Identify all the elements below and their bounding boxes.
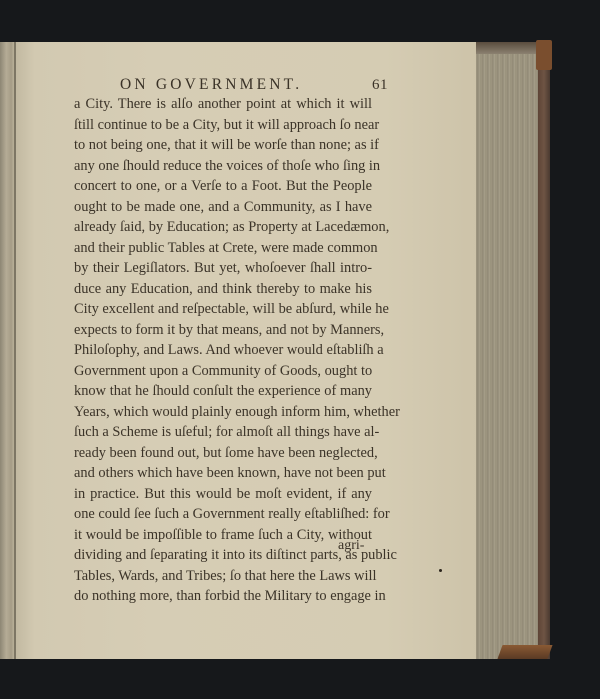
text-line: ready been found out, but ſome have been… (74, 443, 372, 464)
text-line: City excellent and reſpectable, will be … (74, 299, 372, 320)
text-line: duce any Education, and think thereby to… (74, 279, 372, 300)
text-line: ought to be made one, and a Community, a… (74, 197, 372, 218)
text-line: concert to one, or a Verſe to a Foot. Bu… (74, 176, 372, 197)
text-line: and others which have been known, have n… (74, 463, 372, 484)
book-cover-strip (538, 42, 550, 659)
text-line: any one ſhould reduce the voices of thoſ… (74, 156, 372, 177)
text-line: by their Legiſlators. But yet, whoſoever… (74, 258, 372, 279)
cover-corner-bottom (497, 645, 552, 659)
text-line: ſtill continue to be a City, but it will… (74, 115, 372, 136)
running-header: ON GOVERNMENT. 61 (120, 76, 380, 94)
page-fore-edge (476, 42, 538, 659)
text-line: it would be impoſſible to frame ſuch a C… (74, 525, 372, 546)
text-line: expects to form it by that means, and no… (74, 320, 372, 341)
paper-speck (439, 569, 442, 572)
text-line: dividing and ſeparating it into its diſt… (74, 545, 372, 566)
text-line: to not being one, that it will be worſe … (74, 135, 372, 156)
text-line: and their public Tables at Crete, were m… (74, 238, 372, 259)
text-line: Government upon a Community of Goods, ou… (74, 361, 372, 382)
fore-edge-top (476, 42, 540, 54)
text-line: know that he ſhould conſult the experien… (74, 381, 372, 402)
page-number: 61 (372, 77, 388, 94)
text-line: one could ſee ſuch a Government really e… (74, 504, 372, 525)
text-line: do nothing more, than forbid the Militar… (74, 586, 372, 607)
cover-corner-top (536, 40, 552, 70)
catchword: agri- (338, 538, 364, 554)
body-text: a City. There is alſo another point at w… (74, 94, 372, 607)
header-title: ON GOVERNMENT. (120, 76, 302, 94)
text-line: a City. There is alſo another point at w… (74, 94, 372, 115)
text-line: already ſaid, by Education; as Property … (74, 217, 372, 238)
text-line: Tables, Wards, and Tribes; ſo that here … (74, 566, 372, 587)
text-line: Philoſophy, and Laws. And whoever would … (74, 340, 372, 361)
text-line: Years, which would plainly enough inform… (74, 402, 372, 423)
text-line: ſuch a Scheme is uſeful; for almoſt all … (74, 422, 372, 443)
text-line: in practice. But this would be moſt evid… (74, 484, 372, 505)
